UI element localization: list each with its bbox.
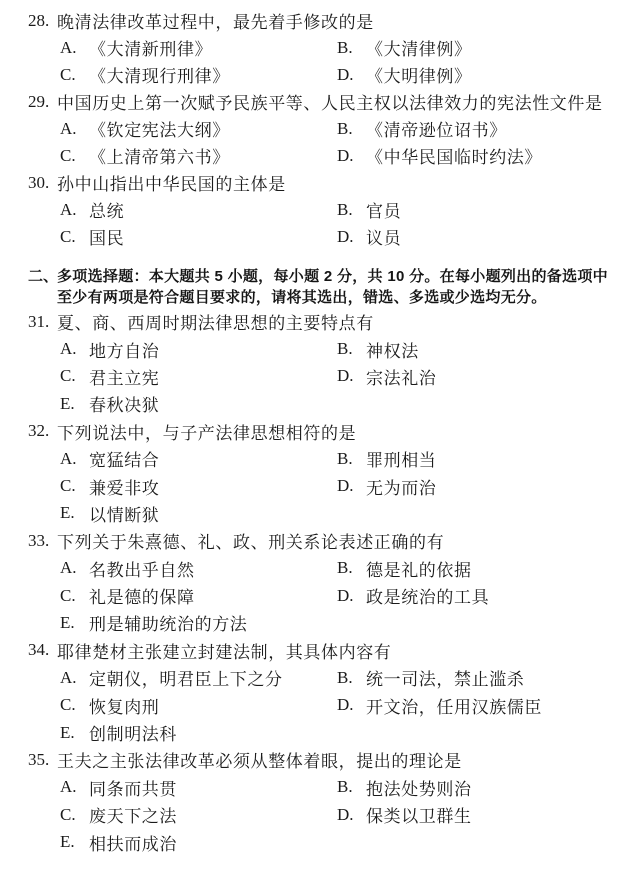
option-text: 《大清律例》 <box>366 35 472 60</box>
option-row: A.《钦定宪法大纲》B.《清帝逊位诏书》 <box>0 115 630 142</box>
option-label: B. <box>337 339 359 359</box>
option-text: 政是统治的工具 <box>366 583 489 608</box>
option-text: 春秋决狱 <box>89 391 159 416</box>
option-label: C. <box>60 227 82 247</box>
question-stem: 下列说法中，与子产法律思想相符的是 <box>57 419 356 444</box>
option-label: D. <box>337 65 359 85</box>
option-row: C.礼是德的保障D.政是统治的工具 <box>0 582 630 609</box>
option-35-c: C.废天下之法 <box>60 802 337 827</box>
option-row: E.以情断狱 <box>0 500 630 527</box>
option-label: E. <box>60 723 82 743</box>
option-35-e: E.相扶而成治 <box>60 830 337 855</box>
option-text: 君主立宪 <box>89 364 159 389</box>
option-text: 地方自治 <box>89 337 159 362</box>
option-text: 创制明法科 <box>89 720 177 745</box>
question-stem: 晚清法律改革过程中，最先着手修改的是 <box>57 8 374 33</box>
option-label: B. <box>337 200 359 220</box>
question-stem: 王夫之主张法律改革必须从整体着眼，提出的理论是 <box>57 747 462 772</box>
option-text: 礼是德的保障 <box>89 583 195 608</box>
option-row: A.名教出乎自然B.德是礼的依据 <box>0 555 630 582</box>
option-34-e: E.创制明法科 <box>60 720 337 745</box>
option-label: D. <box>337 146 359 166</box>
option-text: 《上清帝第六书》 <box>89 143 230 168</box>
question-number: 28. <box>28 11 57 31</box>
option-34-c: C.恢复肉刑 <box>60 693 337 718</box>
question-number: 30. <box>28 173 57 193</box>
question-number: 33. <box>28 531 57 551</box>
option-text: 《钦定宪法大纲》 <box>89 116 230 141</box>
option-text: 无为而治 <box>366 474 436 499</box>
option-text: 《清帝逊位诏书》 <box>366 116 507 141</box>
option-row: C.君主立宪D.宗法礼治 <box>0 363 630 390</box>
option-29-d: D.《中华民国临时约法》 <box>337 143 542 168</box>
option-label: C. <box>60 476 82 496</box>
section-number: 二、 <box>28 266 57 308</box>
option-28-a: A.《大清新刑律》 <box>60 35 337 60</box>
option-label: E. <box>60 613 82 633</box>
question-number: 31. <box>28 312 57 332</box>
option-28-c: C.《大清现行刑律》 <box>60 62 337 87</box>
option-label: C. <box>60 366 82 386</box>
option-text: 国民 <box>89 224 124 249</box>
option-text: 神权法 <box>366 337 419 362</box>
option-text: 废天下之法 <box>89 802 177 827</box>
option-34-d: D.开文治，任用汉族儒臣 <box>337 693 542 718</box>
option-30-a: A.总统 <box>60 197 337 222</box>
option-33-b: B.德是礼的依据 <box>337 556 472 581</box>
option-33-e: E.刑是辅助统治的方法 <box>60 610 337 635</box>
option-row: C.兼爱非攻D.无为而治 <box>0 472 630 499</box>
question-number: 32. <box>28 421 57 441</box>
option-text: 保类以卫群生 <box>366 802 472 827</box>
option-29-a: A.《钦定宪法大纲》 <box>60 116 337 141</box>
question-stem-row: 28. 晚清法律改革过程中，最先着手修改的是 <box>0 7 630 34</box>
question-stem-row: 29. 中国历史上第一次赋予民族平等、人民主权以法律效力的宪法性文件是 <box>0 88 630 115</box>
option-32-e: E.以情断狱 <box>60 501 337 526</box>
option-label: D. <box>337 805 359 825</box>
question-number: 34. <box>28 640 57 660</box>
option-label: B. <box>337 119 359 139</box>
option-text: 以情断狱 <box>89 501 159 526</box>
option-label: C. <box>60 586 82 606</box>
option-label: A. <box>60 449 82 469</box>
option-label: B. <box>337 777 359 797</box>
question-stem: 耶律楚材主张建立封建法制，其具体内容有 <box>57 638 391 663</box>
question-stem: 夏、商、西周时期法律思想的主要特点有 <box>57 309 374 334</box>
section-two-header: 二、 多项选择题：本大题共 5 小题，每小题 2 分，共 10 分。在每小题列出… <box>0 266 630 308</box>
option-label: E. <box>60 832 82 852</box>
option-31-e: E.春秋决狱 <box>60 391 337 416</box>
option-29-b: B.《清帝逊位诏书》 <box>337 116 507 141</box>
multi-choice-question-block: 31. 夏、商、西周时期法律思想的主要特点有 A.地方自治B.神权法C.君主立宪… <box>0 308 630 856</box>
question-number: 35. <box>28 750 57 770</box>
option-29-c: C.《上清帝第六书》 <box>60 143 337 168</box>
question-32: 32. 下列说法中，与子产法律思想相符的是 A.宽猛结合B.罪刑相当C.兼爱非攻… <box>0 418 630 528</box>
option-row: A.《大清新刑律》B.《大清律例》 <box>0 34 630 61</box>
option-31-b: B.神权法 <box>337 337 419 362</box>
question-33: 33. 下列关于朱熹德、礼、政、刑关系论表述正确的有 A.名教出乎自然B.德是礼… <box>0 527 630 637</box>
option-text: 刑是辅助统治的方法 <box>89 610 247 635</box>
option-32-c: C.兼爱非攻 <box>60 474 337 499</box>
option-text: 恢复肉刑 <box>89 693 159 718</box>
option-row: C.国民D.议员 <box>0 223 630 250</box>
option-31-d: D.宗法礼治 <box>337 364 436 389</box>
option-text: 抱法处势则治 <box>366 775 472 800</box>
option-row: A.宽猛结合B.罪刑相当 <box>0 445 630 472</box>
option-label: E. <box>60 503 82 523</box>
option-label: A. <box>60 38 82 58</box>
option-label: D. <box>337 366 359 386</box>
option-label: A. <box>60 200 82 220</box>
option-row: A.地方自治B.神权法 <box>0 335 630 362</box>
option-label: D. <box>337 476 359 496</box>
option-label: E. <box>60 394 82 414</box>
option-row: E.创制明法科 <box>0 719 630 746</box>
question-stem: 孙中山指出中华民国的主体是 <box>57 170 286 195</box>
question-number: 29. <box>28 92 57 112</box>
option-row: C.恢复肉刑D.开文治，任用汉族儒臣 <box>0 691 630 718</box>
option-31-c: C.君主立宪 <box>60 364 337 389</box>
option-text: 议员 <box>366 224 401 249</box>
question-29: 29. 中国历史上第一次赋予民族平等、人民主权以法律效力的宪法性文件是 A.《钦… <box>0 88 630 169</box>
option-text: 《大清新刑律》 <box>89 35 212 60</box>
option-28-b: B.《大清律例》 <box>337 35 472 60</box>
option-row: C.废天下之法D.保类以卫群生 <box>0 801 630 828</box>
option-row: E.刑是辅助统治的方法 <box>0 609 630 636</box>
option-label: D. <box>337 227 359 247</box>
option-34-a: A.定朝仪，明君臣上下之分 <box>60 665 337 690</box>
option-text: 相扶而成治 <box>89 830 177 855</box>
option-30-b: B.官员 <box>337 197 401 222</box>
question-stem-row: 31. 夏、商、西周时期法律思想的主要特点有 <box>0 308 630 335</box>
option-28-d: D.《大明律例》 <box>337 62 472 87</box>
single-choice-question-block: 28. 晚清法律改革过程中，最先着手修改的是 A.《大清新刑律》B.《大清律例》… <box>0 7 630 250</box>
option-label: D. <box>337 695 359 715</box>
option-text: 定朝仪，明君臣上下之分 <box>89 665 283 690</box>
option-32-b: B.罪刑相当 <box>337 446 436 471</box>
option-text: 兼爱非攻 <box>89 474 159 499</box>
section-title-line: 至少有两项是符合题目要求的，请将其选出，错选、多选或少选均无分。 <box>57 287 602 308</box>
option-label: A. <box>60 668 82 688</box>
question-stem-row: 30. 孙中山指出中华民国的主体是 <box>0 169 630 196</box>
section-title-line: 多项选择题：本大题共 5 小题，每小题 2 分，共 10 分。在每小题列出的备选… <box>57 266 602 287</box>
question-stem-row: 32. 下列说法中，与子产法律思想相符的是 <box>0 418 630 445</box>
question-stem: 中国历史上第一次赋予民族平等、人民主权以法律效力的宪法性文件是 <box>57 89 603 114</box>
option-row: A.总统B.官员 <box>0 196 630 223</box>
option-row: C.《大清现行刑律》D.《大明律例》 <box>0 61 630 88</box>
option-label: C. <box>60 146 82 166</box>
option-30-d: D.议员 <box>337 224 401 249</box>
option-text: 《中华民国临时约法》 <box>366 143 542 168</box>
option-label: C. <box>60 65 82 85</box>
option-35-b: B.抱法处势则治 <box>337 775 472 800</box>
option-label: D. <box>337 586 359 606</box>
option-text: 总统 <box>89 197 124 222</box>
question-stem-row: 33. 下列关于朱熹德、礼、政、刑关系论表述正确的有 <box>0 527 630 554</box>
option-row: A.定朝仪，明君臣上下之分B.统一司法，禁止滥杀 <box>0 664 630 691</box>
option-35-d: D.保类以卫群生 <box>337 802 472 827</box>
option-label: A. <box>60 119 82 139</box>
question-31: 31. 夏、商、西周时期法律思想的主要特点有 A.地方自治B.神权法C.君主立宪… <box>0 308 630 418</box>
option-label: B. <box>337 668 359 688</box>
option-label: C. <box>60 805 82 825</box>
option-text: 《大清现行刑律》 <box>89 62 230 87</box>
question-stem: 下列关于朱熹德、礼、政、刑关系论表述正确的有 <box>57 528 444 553</box>
option-label: A. <box>60 339 82 359</box>
question-34: 34. 耶律楚材主张建立封建法制，其具体内容有 A.定朝仪，明君臣上下之分B.统… <box>0 637 630 747</box>
section-title: 多项选择题：本大题共 5 小题，每小题 2 分，共 10 分。在每小题列出的备选… <box>57 266 602 308</box>
option-30-c: C.国民 <box>60 224 337 249</box>
option-31-a: A.地方自治 <box>60 337 337 362</box>
option-row: C.《上清帝第六书》D.《中华民国临时约法》 <box>0 142 630 169</box>
option-text: 罪刑相当 <box>366 446 436 471</box>
question-stem-row: 34. 耶律楚材主张建立封建法制，其具体内容有 <box>0 637 630 664</box>
option-text: 名教出乎自然 <box>89 556 195 581</box>
option-32-a: A.宽猛结合 <box>60 446 337 471</box>
option-text: 同条而共贯 <box>89 775 177 800</box>
option-text: 德是礼的依据 <box>366 556 472 581</box>
option-label: B. <box>337 558 359 578</box>
option-32-d: D.无为而治 <box>337 474 436 499</box>
option-label: C. <box>60 695 82 715</box>
question-35: 35. 王夫之主张法律改革必须从整体着眼，提出的理论是 A.同条而共贯B.抱法处… <box>0 746 630 856</box>
option-row: A.同条而共贯B.抱法处势则治 <box>0 774 630 801</box>
option-35-a: A.同条而共贯 <box>60 775 337 800</box>
option-row: E.相扶而成治 <box>0 828 630 855</box>
option-text: 宗法礼治 <box>366 364 436 389</box>
option-33-c: C.礼是德的保障 <box>60 583 337 608</box>
question-28: 28. 晚清法律改革过程中，最先着手修改的是 A.《大清新刑律》B.《大清律例》… <box>0 7 630 88</box>
option-label: B. <box>337 449 359 469</box>
option-text: 官员 <box>366 197 401 222</box>
option-text: 开文治，任用汉族儒臣 <box>366 693 542 718</box>
option-label: B. <box>337 38 359 58</box>
option-34-b: B.统一司法，禁止滥杀 <box>337 665 524 690</box>
option-text: 统一司法，禁止滥杀 <box>366 665 524 690</box>
option-text: 宽猛结合 <box>89 446 159 471</box>
option-33-a: A.名教出乎自然 <box>60 556 337 581</box>
option-33-d: D.政是统治的工具 <box>337 583 489 608</box>
question-stem-row: 35. 王夫之主张法律改革必须从整体着眼，提出的理论是 <box>0 746 630 773</box>
option-label: A. <box>60 777 82 797</box>
question-30: 30. 孙中山指出中华民国的主体是 A.总统B.官员C.国民D.议员 <box>0 169 630 250</box>
option-label: A. <box>60 558 82 578</box>
exam-page: 28. 晚清法律改革过程中，最先着手修改的是 A.《大清新刑律》B.《大清律例》… <box>0 0 630 877</box>
option-text: 《大明律例》 <box>366 62 472 87</box>
option-row: E.春秋决狱 <box>0 390 630 417</box>
